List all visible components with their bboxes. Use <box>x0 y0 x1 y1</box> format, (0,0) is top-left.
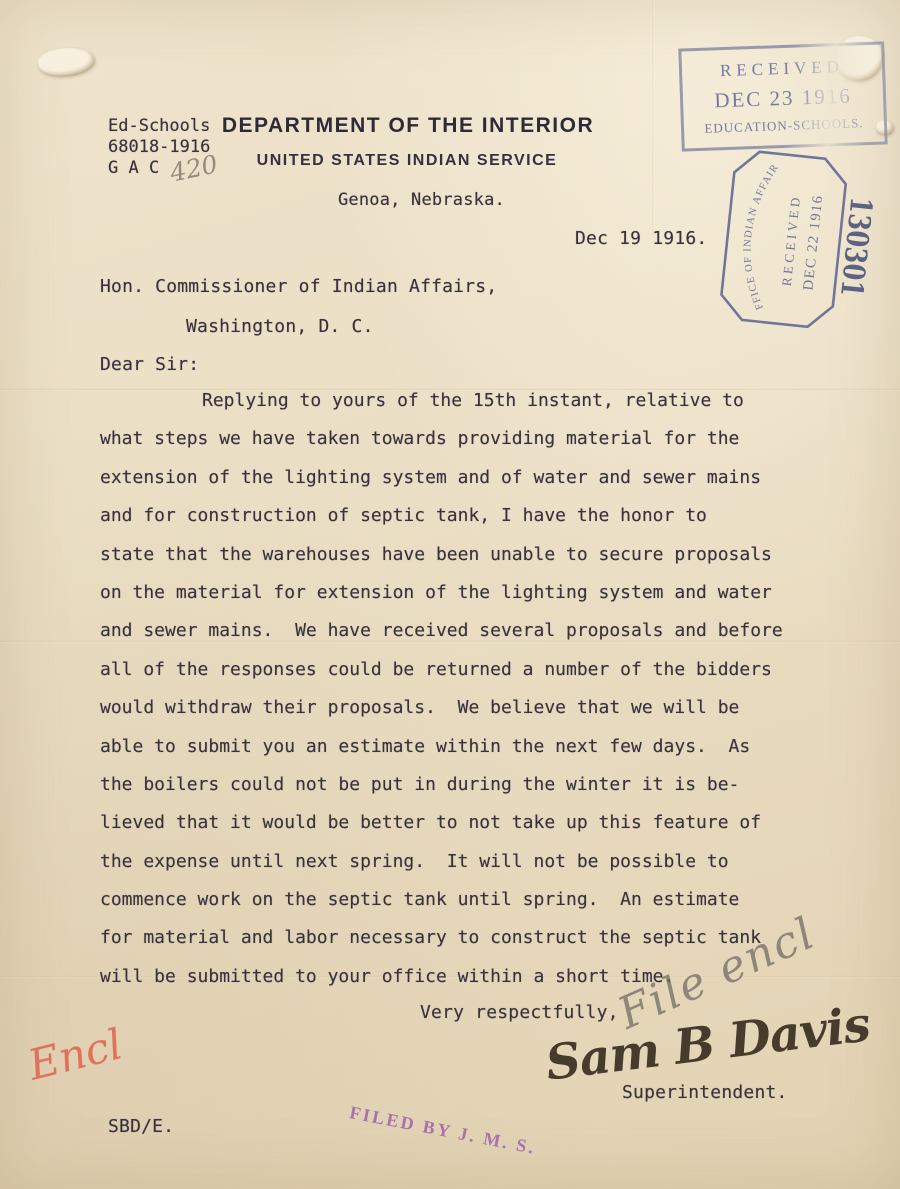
body-line: extension of the lighting system and of … <box>100 467 783 505</box>
body-line: and sewer mains. We have received severa… <box>100 620 783 658</box>
file-ref-line-1: Ed-Schools <box>108 116 210 136</box>
body-line: and for construction of septic tank, I h… <box>100 505 783 543</box>
octagon-number: 130301 <box>833 195 878 298</box>
body-line: the boilers could not be put in during t… <box>100 774 783 812</box>
recipient-line-1: Hon. Commissioner of Indian Affairs, <box>100 276 497 297</box>
body-line: all of the responses could be returned a… <box>100 659 783 697</box>
body-line: able to submit you an estimate within th… <box>100 736 783 774</box>
date-line: Dec 19 1916. <box>575 228 707 249</box>
body-line: lieved that it would be better to not ta… <box>100 812 783 850</box>
body-line: for material and labor necessary to cons… <box>100 927 783 965</box>
letterhead-service: UNITED STATES INDIAN SERVICE <box>257 152 558 170</box>
body-line: commence work on the septic tank until s… <box>100 889 783 927</box>
oia-octagon-stamp: OFFICE OF INDIAN AFFAIRS RECEIVED DEC 22… <box>716 146 883 336</box>
stamp-fade-overlay <box>677 40 889 152</box>
octagon-date-text: DEC 22 1916 <box>800 194 826 291</box>
staple-tear-top-left <box>36 44 95 79</box>
letterhead-department: DEPARTMENT OF THE INTERIOR <box>222 114 594 138</box>
recipient-line-2: Washington, D. C. <box>186 316 374 337</box>
body-line: the expense until next spring. It will n… <box>100 851 783 889</box>
body-line: on the material for extension of the lig… <box>100 582 783 620</box>
paper-crease <box>652 0 655 235</box>
valediction: Very respectfully, <box>420 1002 619 1023</box>
red-enclosure-note: Encl <box>23 1019 127 1089</box>
salutation: Dear Sir: <box>100 354 199 375</box>
filed-by-stamp: FILED BY J. M. S. <box>348 1102 538 1159</box>
body-line: what steps we have taken towards providi… <box>100 428 783 466</box>
octagon-received-text: RECEIVED <box>779 193 804 286</box>
letterhead-place: Genoa, Nebraska. <box>338 190 505 210</box>
body-line: state that the warehouses have been unab… <box>100 544 783 582</box>
signature-title: Superintendent. <box>622 1082 788 1103</box>
letter-page: Ed-Schools 68018-1916 G A C 420 DEPARTME… <box>0 0 900 1189</box>
body-line: would withdraw their proposals. We belie… <box>100 697 783 735</box>
body-line: Replying to yours of the 15th instant, r… <box>100 390 783 428</box>
file-ref-line-3: G A C <box>108 158 159 178</box>
letter-body: Replying to yours of the 15th instant, r… <box>100 390 783 1004</box>
received-stamp: RECEIVED DEC 23 1916 EDUCATION-SCHOOLS. <box>678 41 887 151</box>
octagon-stamp-graphic: OFFICE OF INDIAN AFFAIRS RECEIVED DEC 22… <box>716 146 883 336</box>
typist-initials: SBD/E. <box>108 1116 174 1137</box>
